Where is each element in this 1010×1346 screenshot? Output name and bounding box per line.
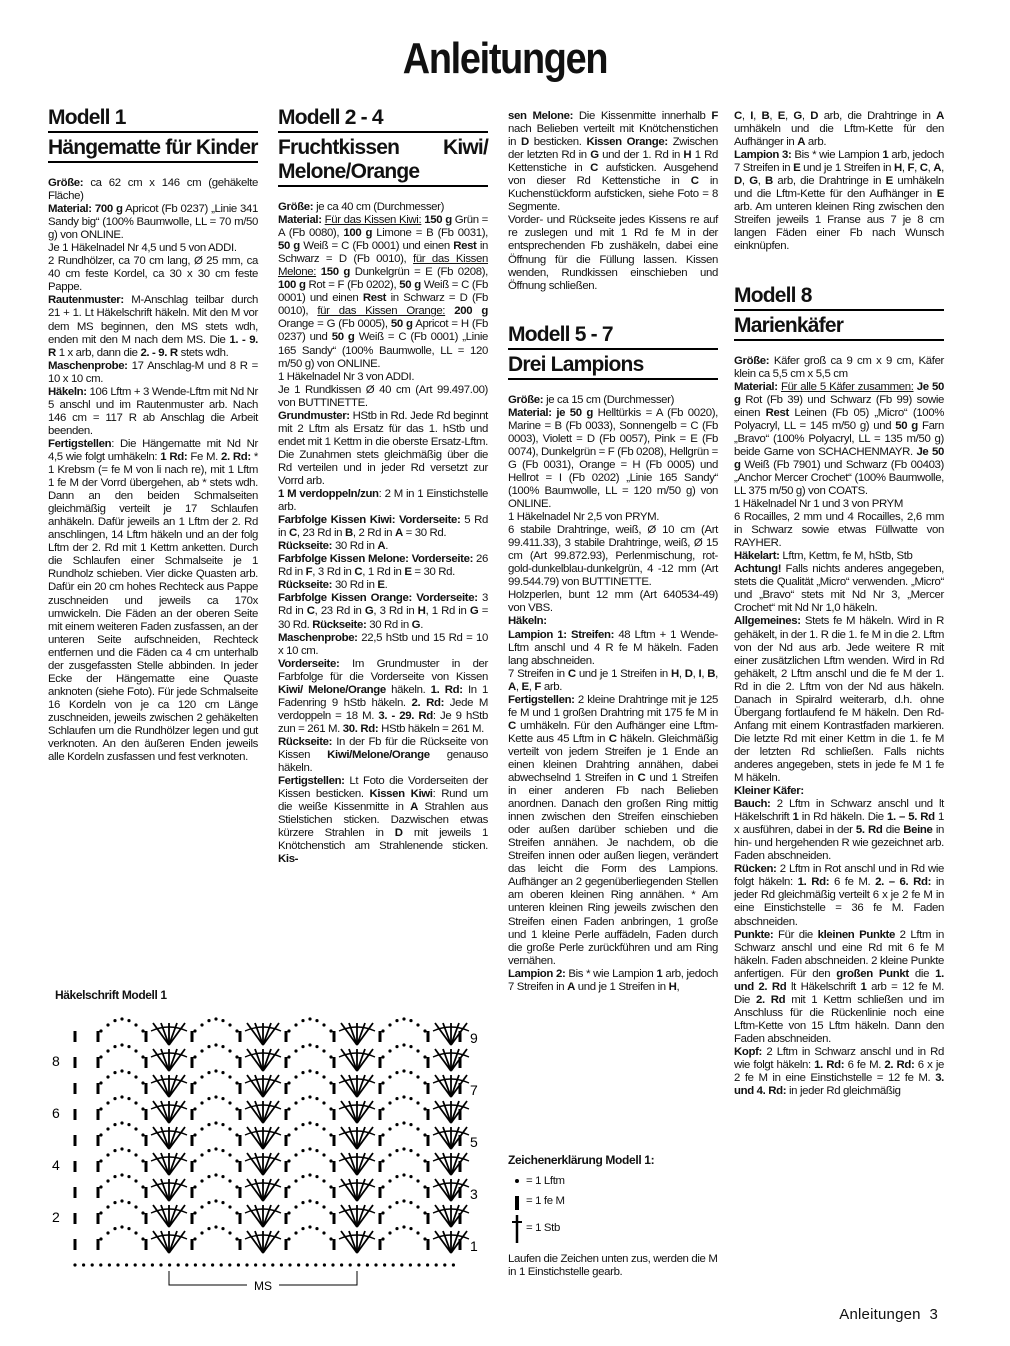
section-gap — [734, 254, 944, 284]
page-number: 3 — [929, 1306, 938, 1323]
instruction-paragraph: Material: 700 g Apricot (Fb 0237) „Linie… — [48, 203, 258, 242]
instruction-paragraph: Farbfolge Kissen Melone: Vorderseite: 26… — [278, 553, 488, 579]
legend-item-chain: = 1 Lftm — [508, 1171, 718, 1191]
instruction-paragraph: Maschenprobe: 22,5 hStb und 15 Rd = 10 x… — [278, 632, 488, 658]
instruction-paragraph: Größe: je ca 15 cm (Durchmesser) — [508, 394, 718, 407]
svg-text:8: 8 — [52, 1053, 60, 1069]
instruction-paragraph: Maschenprobe: 17 Anschlag-M und 8 R = 10… — [48, 360, 258, 386]
instruction-paragraph: Material: Für das Kissen Kiwi: 150 g Grü… — [278, 214, 488, 371]
instruction-paragraph: Rückseite: 30 Rd in A. — [278, 540, 488, 553]
instruction-paragraph: 7 Streifen in C und je 1 Streifen in H, … — [508, 668, 718, 694]
instruction-paragraph: Lampion 1: Streifen: 48 Lftm + 1 Wende-L… — [508, 629, 718, 668]
page-title: Anleitungen — [71, 34, 940, 84]
instruction-paragraph: Grundmuster: HStb in Rd. Jede Rd beginnt… — [278, 410, 488, 488]
svg-text:7: 7 — [470, 1082, 478, 1098]
section-subtitle: Drei Lampions — [508, 353, 718, 380]
instruction-paragraph: Allgemeines: Stets fe M häkeln. Wird in … — [734, 615, 944, 785]
instruction-paragraph: Größe: Käfer groß ca 9 cm x 9 cm, Käfer … — [734, 355, 944, 381]
instruction-paragraph: Rücken: 2 Lftm in Rot anschl und in Rd w… — [734, 863, 944, 928]
svg-text:3: 3 — [470, 1186, 478, 1202]
single-crochet-bar-icon — [508, 1192, 526, 1210]
instruction-paragraph: Farbfolge Kissen Orange: Vorderseite: 3 … — [278, 592, 488, 631]
instruction-paragraph: Größe: ca 62 cm x 146 cm (gehäkelte Fläc… — [48, 177, 258, 203]
instruction-paragraph: Farbfolge Kissen Kiwi: Vorderseite: 5 Rd… — [278, 514, 488, 540]
instruction-paragraph: Größe: je ca 40 cm (Durchmesser) — [278, 201, 488, 214]
instruction-paragraph: Achtung! Falls nichts anderes angegeben,… — [734, 563, 944, 615]
instruction-paragraph: Holzperlen, bunt 12 mm (Art 640534-49) v… — [508, 589, 718, 615]
instruction-paragraph: sen Melone: Die Kissenmitte innerhalb F … — [508, 110, 718, 214]
instruction-paragraph: 2 Rundhölzer, ca 70 cm lang, Ø 25 mm, ca… — [48, 255, 258, 294]
section-subtitle: Hängematte für Kinder — [48, 136, 258, 163]
instruction-paragraph: Rückseite: 30 Rd in E. — [278, 579, 488, 592]
svg-text:MS: MS — [254, 1279, 272, 1293]
instruction-paragraph: Punkte: Für die kleinen Punkte 2 Lftm in… — [734, 929, 944, 1046]
svg-text:5: 5 — [470, 1134, 478, 1150]
svg-text:9: 9 — [470, 1030, 478, 1046]
section-heading: Modell 2 - 4 — [278, 106, 488, 133]
legend-label: = 1 Stb — [526, 1222, 560, 1235]
instruction-paragraph: Lampion 3: Bis * wie Lampion 1 arb, jedo… — [734, 149, 944, 253]
instruction-paragraph: 6 Rocailles, 2 mm und 4 Rocailles, 2,6 m… — [734, 511, 944, 550]
folio-label: Anleitungen — [839, 1306, 920, 1323]
section-subtitle: Fruchtkissen Kiwi/ Melone/Orange — [278, 136, 488, 187]
double-crochet-cross-icon — [508, 1213, 526, 1243]
instruction-paragraph: 1 Häkelnadel Nr 1 und 3 von PRYM — [734, 498, 944, 511]
svg-text:1: 1 — [470, 1238, 478, 1254]
instruction-paragraph: Material: je 50 g Helltürkis = A (Fb 002… — [508, 407, 718, 511]
instruction-paragraph: 1 M verdoppeln/zun: 2 M in 1 Einstichste… — [278, 488, 488, 514]
legend-label: = 1 fe M — [526, 1195, 565, 1208]
instruction-paragraph: Kleiner Käfer: — [734, 785, 944, 798]
section-heading: Modell 5 - 7 — [508, 323, 718, 350]
instruction-paragraph: Häkelart: Lftm, Kettm, fe M, hStb, Stb — [734, 550, 944, 563]
instruction-paragraph: Häkeln: 106 Lftm + 3 Wende-Lftm mit Nd N… — [48, 386, 258, 438]
section-heading: Modell 1 — [48, 106, 258, 133]
section-subtitle: Marienkäfer — [734, 314, 944, 341]
instruction-paragraph: Lampion 2: Bis * wie Lampion 1 arb, jedo… — [508, 968, 718, 994]
crochet-chart: 864297531MS — [48, 1005, 488, 1300]
legend-note: Laufen die Zeichen unten zus, werden die… — [508, 1253, 718, 1279]
chain-dot-icon — [508, 1177, 526, 1185]
legend-title: Zeichenerklärung Modell 1: — [508, 1154, 718, 1167]
instruction-paragraph: 1 Häkelnadel Nr 2,5 von PRYM. — [508, 511, 718, 524]
instruction-paragraph: C, I, B, E, G, D arb, die Drahtringe in … — [734, 110, 944, 149]
svg-text:4: 4 — [52, 1157, 60, 1173]
instruction-paragraph: Fertigstellen: 2 kleine Drahtringe mit j… — [508, 694, 718, 968]
instruction-paragraph: Material: Für alle 5 Käfer zusammen: Je … — [734, 381, 944, 498]
instruction-paragraph: Bauch: 2 Lftm in Schwarz anschl und lt H… — [734, 798, 944, 863]
instruction-paragraph: 6 stabile Drahtringe, weiß, Ø 10 cm (Art… — [508, 524, 718, 589]
svg-text:2: 2 — [52, 1209, 60, 1225]
instruction-paragraph: Vorder- und Rückseite jedes Kissens re a… — [508, 214, 718, 292]
instruction-paragraph: Kopf: 2 Lftm in Schwarz anschl und in Rd… — [734, 1046, 944, 1098]
section-gap — [508, 293, 718, 323]
column-modell-2-4: Modell 2 - 4Fruchtkissen Kiwi/ Melone/Or… — [278, 106, 488, 866]
crochet-pattern-diagram: 864297531MS — [48, 1005, 488, 1295]
instruction-paragraph: Häkeln: — [508, 615, 718, 628]
instruction-paragraph: Fertigstellen: Lt Foto die Vorderseiten … — [278, 775, 488, 866]
column-modell-8: C, I, B, E, G, D arb, die Drahtringe in … — [734, 110, 944, 1098]
legend-item-single-crochet: = 1 fe M — [508, 1191, 718, 1211]
instruction-paragraph: Rautenmuster: M-Anschlag teilbar durch 2… — [48, 294, 258, 359]
instruction-paragraph: Fertigstellen: Die Hängematte mit Nd Nr … — [48, 438, 258, 764]
column-modell-5-7: sen Melone: Die Kissenmitte innerhalb F … — [508, 110, 718, 994]
symbol-legend: Zeichenerklärung Modell 1: = 1 Lftm = 1 … — [508, 1154, 718, 1279]
section-heading: Modell 8 — [734, 284, 944, 311]
column-modell-1: Modell 1Hängematte für KinderGröße: ca 6… — [48, 106, 258, 764]
instruction-paragraph: Vorderseite: Im Grundmuster in der Farbf… — [278, 658, 488, 736]
legend-item-double-crochet: = 1 Stb — [508, 1211, 718, 1245]
crochet-chart-title: Häkelschrift Modell 1 — [55, 988, 167, 1002]
instruction-paragraph: Je 1 Rundkissen Ø 40 cm (Art 99.497.00) … — [278, 384, 488, 410]
svg-text:6: 6 — [52, 1105, 60, 1121]
instruction-paragraph: Rückseite: In der Fb für die Rückseite v… — [278, 736, 488, 775]
page-footer: Anleitungen 3 — [839, 1306, 938, 1323]
legend-label: = 1 Lftm — [526, 1175, 565, 1188]
instruction-paragraph: 1 Häkelnadel Nr 3 von ADDI. — [278, 371, 488, 384]
instruction-paragraph: Je 1 Häkelnadel Nr 4,5 und 5 von ADDI. — [48, 242, 258, 255]
